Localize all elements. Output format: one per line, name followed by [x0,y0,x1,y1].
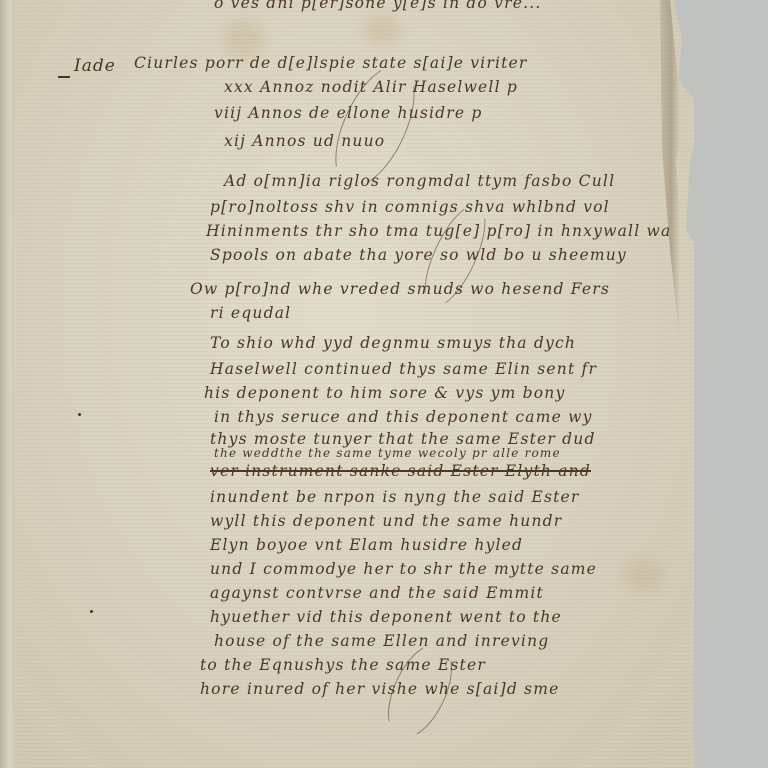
manuscript-line: Ciurles porr de d[e]lspie state s[ai]e v… [134,54,528,72]
margin-dot [78,413,81,416]
manuscript-page: Iade o ves dni p[er]sone y[e]s in do vre… [14,0,694,768]
left-page-edge [0,0,15,768]
manuscript-line: Ow p[ro]nd whe vreded smuds wo hesend Fe… [190,280,610,298]
margin-note: Iade [74,56,116,76]
manuscript-line: wyll this deponent und the same hundr [210,512,562,530]
manuscript-line: und I commodye her to shr the mytte same [210,560,597,578]
struck-line: ver instrument sanke said Ester Elyth an… [210,462,591,480]
manuscript-line: p[ro]noltoss shv in comnigs shva whlbnd … [210,198,610,216]
manuscript-line: in thys seruce and this deponent came wy [214,408,593,426]
manuscript-line: Spools on abate tha yore so wld bo u she… [210,246,627,264]
manuscript-line: Elyn boyoe vnt Elam husidre hyled [210,536,523,554]
margin-dash [58,76,70,78]
manuscript-line: To shio whd yyd degnmu smuys tha dych [210,334,576,352]
manuscript-line: Hininments thr sho tma tug[e] p[ro] in h… [206,222,671,240]
manuscript-line: hore inured of her vishe whe s[ai]d sme [200,680,560,698]
manuscript-line: Ad o[mn]ia riglos rongmdal ttym fasbo Cu… [224,172,615,190]
manuscript-line: his deponent to him sore & vys ym bony [204,384,565,402]
manuscript-line: house of the same Ellen and inreving [214,632,549,650]
manuscript-line: agaynst contvrse and the said Emmit [210,584,544,602]
manuscript-line: Haselwell continued thys same Elin sent … [210,360,597,378]
manuscript-line: ri equdal [210,304,291,322]
manuscript-line: o ves dni p[er]sone y[e]s in do vre... [214,0,542,12]
water-stain [364,15,400,45]
manuscript-line: hyuether vid this deponent went to the [210,608,562,626]
water-stain [624,560,664,590]
margin-dot [90,610,93,613]
manuscript-line: inundent be nrpon is nyng the said Ester [210,488,580,506]
manuscript-line: the weddthe the same tyme wecoly pr alle… [214,446,561,460]
